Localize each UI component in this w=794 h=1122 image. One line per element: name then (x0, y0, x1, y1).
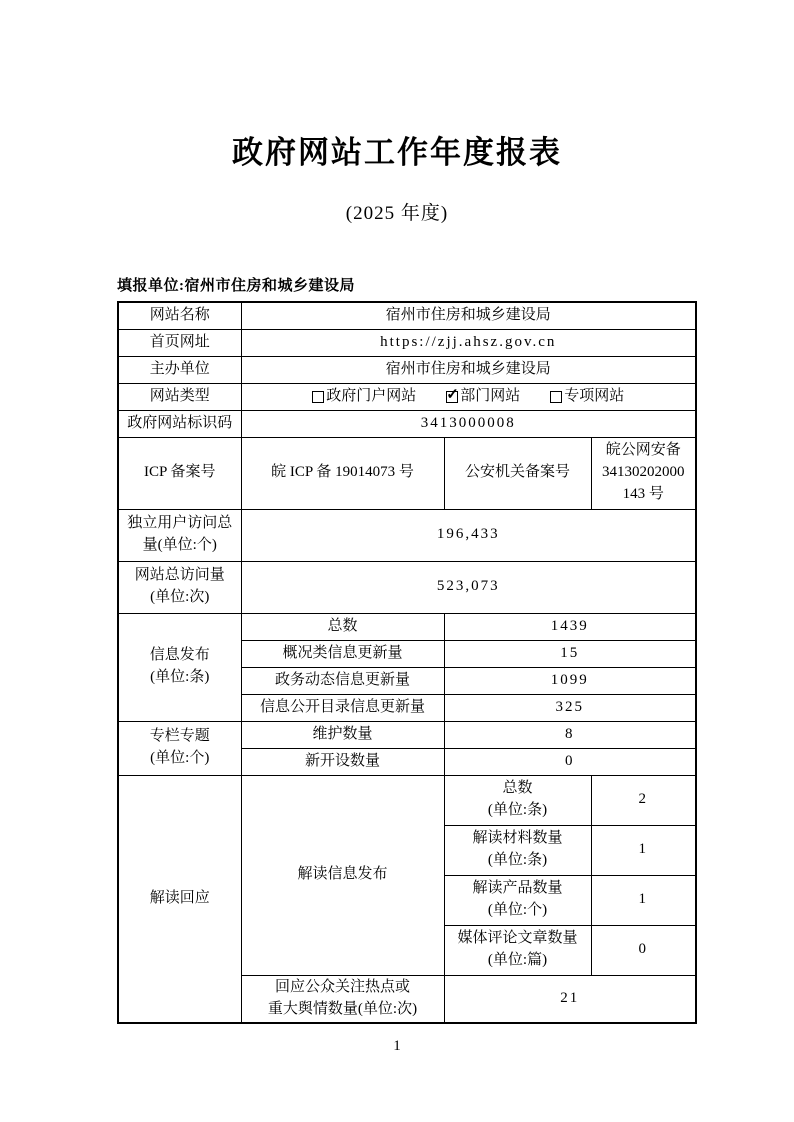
checkbox-special-icon (550, 391, 562, 403)
reporting-unit-value: 宿州市住房和城乡建设局 (185, 278, 356, 294)
unique-visitors-label: 独立用户访问总 量(单位:个) (118, 509, 241, 561)
site-type-label: 网站类型 (118, 383, 241, 410)
site-code-value: 3413000008 (241, 410, 696, 437)
info-publish-row-value: 1099 (444, 667, 696, 694)
info-publish-row-value: 15 (444, 640, 696, 667)
site-type-option-department: 部门网站 (446, 386, 520, 408)
checkbox-department-icon (446, 391, 458, 403)
table-row: 首页网址 https://zjj.ahsz.gov.cn (118, 329, 696, 356)
site-type-option-gov-portal: 政府门户网站 (312, 386, 416, 408)
interpretation-row-label: 总数 (单位:条) (444, 775, 591, 825)
table-row: 政府网站标识码 3413000008 (118, 410, 696, 437)
police-filing-label: 公安机关备案号 (444, 437, 591, 509)
special-columns-row-label: 维护数量 (241, 721, 444, 748)
checkbox-gov-portal-icon (312, 391, 324, 403)
table-row: 解读回应 解读信息发布 总数 (单位:条) 2 (118, 775, 696, 825)
table-row: ICP 备案号 皖 ICP 备 19014073 号 公安机关备案号 皖公网安备… (118, 437, 696, 509)
site-type-option-special: 专项网站 (550, 386, 624, 408)
document-page: 政府网站工作年度报表 (2025 年度) 填报单位:宿州市住房和城乡建设局 网站… (0, 0, 794, 1122)
interpretation-label: 解读回应 (118, 775, 241, 1023)
table-row: 主办单位 宿州市住房和城乡建设局 (118, 356, 696, 383)
page-number: 1 (0, 1038, 794, 1055)
info-publish-row-label: 政务动态信息更新量 (241, 667, 444, 694)
table-row: 网站名称 宿州市住房和城乡建设局 (118, 302, 696, 329)
special-columns-row-value: 0 (444, 748, 696, 775)
site-name-value: 宿州市住房和城乡建设局 (241, 302, 696, 329)
info-publish-row-label: 概况类信息更新量 (241, 640, 444, 667)
home-url-value: https://zjj.ahsz.gov.cn (241, 329, 696, 356)
interpretation-row-value: 1 (591, 825, 696, 875)
report-table: 网站名称 宿州市住房和城乡建设局 首页网址 https://zjj.ahsz.g… (117, 301, 697, 1024)
icp-value: 皖 ICP 备 19014073 号 (241, 437, 444, 509)
icp-label: ICP 备案号 (118, 437, 241, 509)
special-columns-row-label: 新开设数量 (241, 748, 444, 775)
page-title: 政府网站工作年度报表 (0, 0, 794, 170)
info-publish-row-label: 总数 (241, 613, 444, 640)
info-publish-row-label: 信息公开目录信息更新量 (241, 694, 444, 721)
interpretation-row-value: 2 (591, 775, 696, 825)
public-response-value: 21 (444, 975, 696, 1023)
total-visits-label: 网站总访问量 (单位:次) (118, 561, 241, 613)
table-row: 信息发布 (单位:条) 总数 1439 (118, 613, 696, 640)
unique-visitors-value: 196,433 (241, 509, 696, 561)
interpretation-row-label: 解读材料数量 (单位:条) (444, 825, 591, 875)
special-columns-row-value: 8 (444, 721, 696, 748)
info-publish-label: 信息发布 (单位:条) (118, 613, 241, 721)
public-response-label: 回应公众关注热点或 重大舆情数量(单位:次) (241, 975, 444, 1023)
home-url-label: 首页网址 (118, 329, 241, 356)
site-type-option-label: 专项网站 (564, 386, 624, 408)
site-type-option-label: 部门网站 (460, 386, 520, 408)
reporting-unit-line: 填报单位:宿州市住房和城乡建设局 (117, 274, 695, 295)
interpretation-row-label: 媒体评论文章数量 (单位:篇) (444, 925, 591, 975)
table-row: 网站总访问量 (单位:次) 523,073 (118, 561, 696, 613)
police-filing-value: 皖公网安备 34130202000 143 号 (591, 437, 696, 509)
interpretation-row-value: 1 (591, 875, 696, 925)
site-type-option-label: 政府门户网站 (326, 386, 416, 408)
organizer-label: 主办单位 (118, 356, 241, 383)
table-row: 专栏专题 (单位:个) 维护数量 8 (118, 721, 696, 748)
site-type-options: 政府门户网站 部门网站 专项网站 (241, 383, 696, 410)
site-name-label: 网站名称 (118, 302, 241, 329)
table-row: 网站类型 政府门户网站 部门网站 专项网站 (118, 383, 696, 410)
site-code-label: 政府网站标识码 (118, 410, 241, 437)
interpretation-publish-label: 解读信息发布 (241, 775, 444, 975)
total-visits-value: 523,073 (241, 561, 696, 613)
reporting-unit-label: 填报单位: (117, 278, 185, 294)
interpretation-row-label: 解读产品数量 (单位:个) (444, 875, 591, 925)
organizer-value: 宿州市住房和城乡建设局 (241, 356, 696, 383)
info-publish-row-value: 1439 (444, 613, 696, 640)
interpretation-row-value: 0 (591, 925, 696, 975)
special-columns-label: 专栏专题 (单位:个) (118, 721, 241, 775)
page-subtitle: (2025 年度) (0, 198, 794, 225)
info-publish-row-value: 325 (444, 694, 696, 721)
table-row: 独立用户访问总 量(单位:个) 196,433 (118, 509, 696, 561)
